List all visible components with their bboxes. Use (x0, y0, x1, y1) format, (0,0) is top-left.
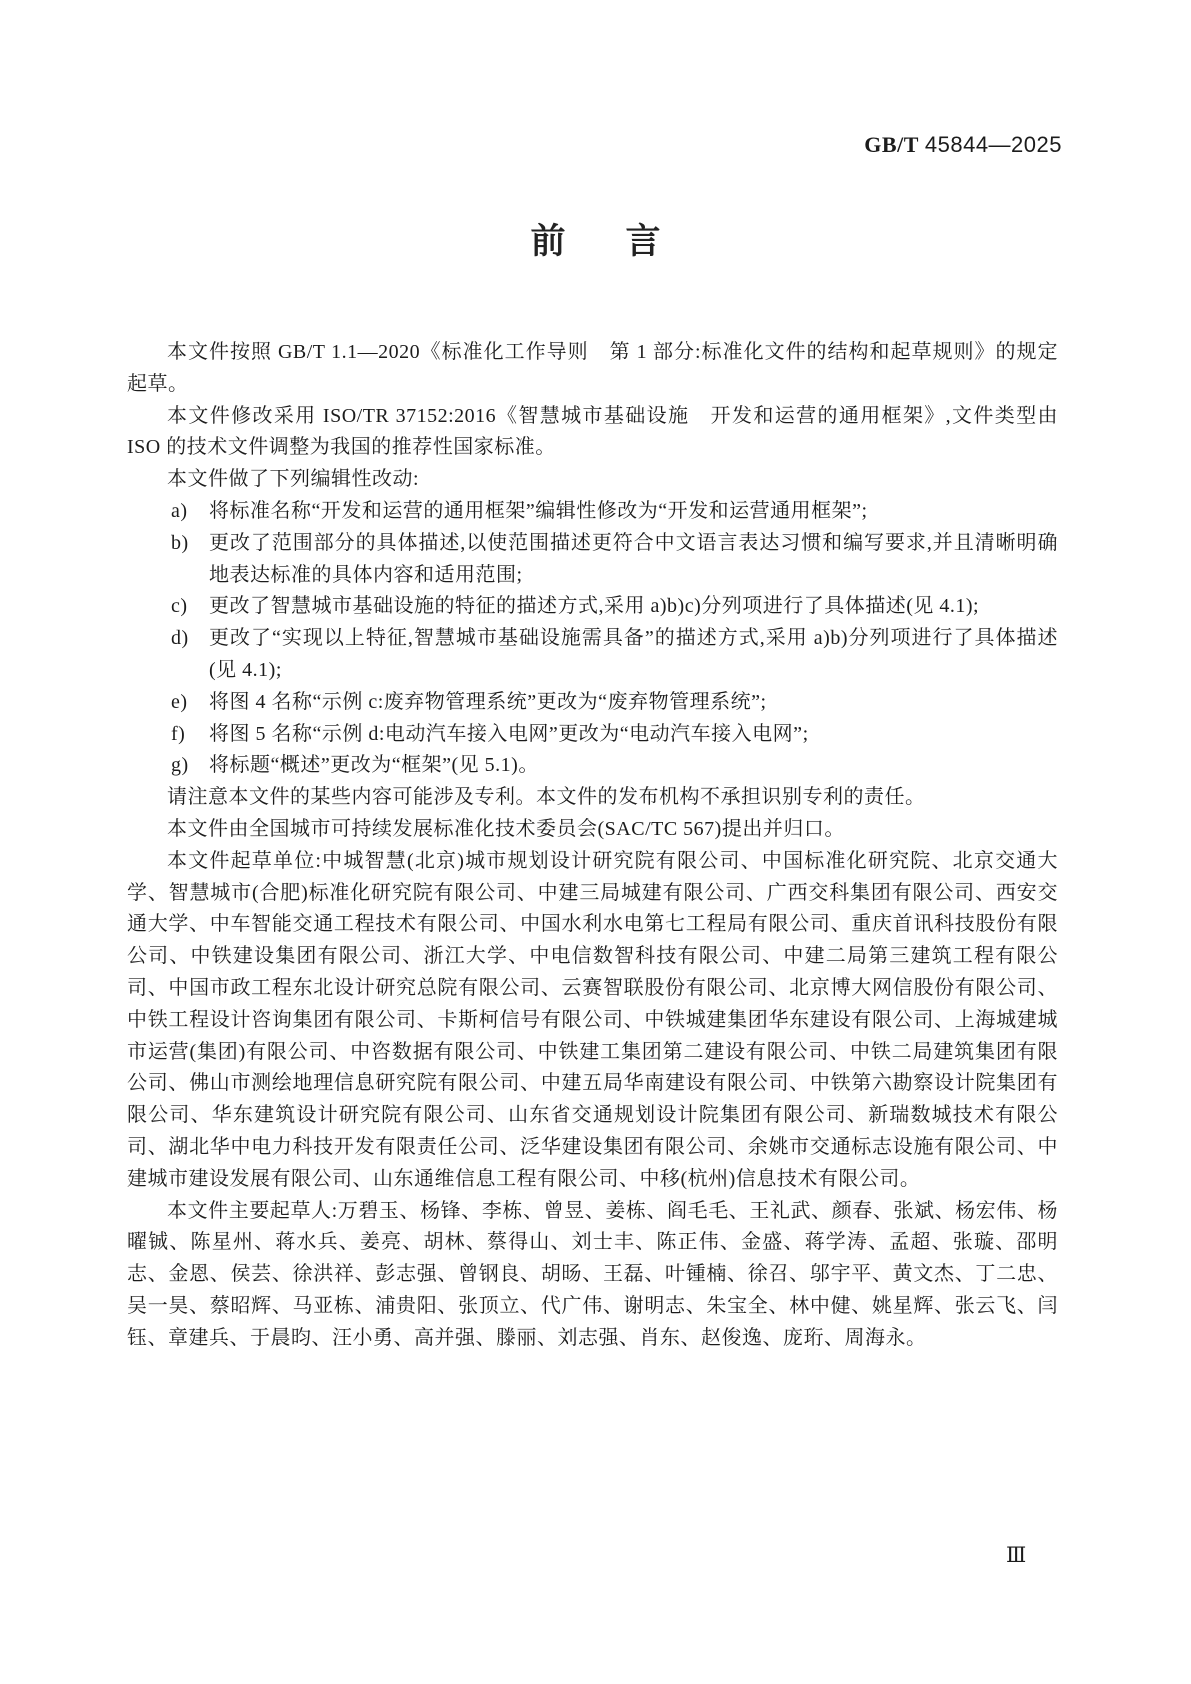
editorial-changes-list: a) 将标准名称“开发和运营的通用框架”编辑性修改为“开发和运营通用框架”; b… (127, 496, 1058, 782)
paragraph-committee: 本文件由全国城市可持续发展标准化技术委员会(SAC/TC 567)提出并归口。 (127, 814, 1058, 846)
paragraph-drafting-basis: 本文件按照 GB/T 1.1—2020《标准化工作导则 第 1 部分:标准化文件… (127, 337, 1058, 401)
list-item-text: 将图 5 名称“示例 d:电动汽车接入电网”更改为“电动汽车接入电网”; (209, 723, 809, 745)
list-item: b) 更改了范围部分的具体描述,以使范围描述更符合中文语言表达习惯和编写要求,并… (127, 528, 1058, 592)
foreword-body: 本文件按照 GB/T 1.1—2020《标准化工作导则 第 1 部分:标准化文件… (127, 337, 1058, 1355)
list-item: g) 将标题“概述”更改为“框架”(见 5.1)。 (127, 750, 1058, 782)
paragraph-patent-notice: 请注意本文件的某些内容可能涉及专利。本文件的发布机构不承担识别专利的责任。 (127, 782, 1058, 814)
list-item: a) 将标准名称“开发和运营的通用框架”编辑性修改为“开发和运营通用框架”; (127, 496, 1058, 528)
list-item-label: g) (171, 750, 189, 782)
list-item-label: b) (171, 528, 189, 560)
list-item-text: 更改了智慧城市基础设施的特征的描述方式,采用 a)b)c)分列项进行了具体描述(… (209, 595, 979, 617)
page-number: Ⅲ (1006, 1543, 1027, 1568)
list-item-text: 将标准名称“开发和运营的通用框架”编辑性修改为“开发和运营通用框架”; (209, 500, 868, 522)
document-page: GB/T 45844—2025 前 言 本文件按照 GB/T 1.1—2020《… (0, 0, 1191, 1684)
standard-doc-number: GB/T 45844—2025 (864, 132, 1062, 158)
list-item: d) 更改了“实现以上特征,智慧城市基础设施需具备”的描述方式,采用 a)b)分… (127, 623, 1058, 687)
list-item: e) 将图 4 名称“示例 c:废弃物管理系统”更改为“废弃物管理系统”; (127, 687, 1058, 719)
list-item-label: d) (171, 623, 189, 655)
title-char-left: 前 (530, 221, 565, 263)
title-char-right: 言 (626, 221, 661, 263)
list-item-label: a) (171, 496, 188, 528)
list-item-text: 更改了“实现以上特征,智慧城市基础设施需具备”的描述方式,采用 a)b)分列项进… (209, 627, 1058, 681)
list-item-text: 将图 4 名称“示例 c:废弃物管理系统”更改为“废弃物管理系统”; (209, 691, 767, 713)
list-item-label: e) (171, 687, 188, 719)
paragraph-editorial-lead-in: 本文件做了下列编辑性改动: (127, 464, 1058, 496)
standard-prefix: GB/T (864, 132, 919, 157)
paragraph-drafters: 本文件主要起草人:万碧玉、杨锋、李栋、曾昱、姜栋、阎毛毛、王礼武、颜春、张斌、杨… (127, 1196, 1058, 1355)
list-item-text: 将标题“概述”更改为“框架”(见 5.1)。 (209, 754, 539, 776)
list-item-label: c) (171, 591, 188, 623)
list-item: f) 将图 5 名称“示例 d:电动汽车接入电网”更改为“电动汽车接入电网”; (127, 719, 1058, 751)
list-item-text: 更改了范围部分的具体描述,以使范围描述更符合中文语言表达习惯和编写要求,并且清晰… (209, 532, 1058, 586)
standard-code: 45844—2025 (925, 132, 1062, 157)
page-title: 前 言 (0, 221, 1191, 263)
list-item: c) 更改了智慧城市基础设施的特征的描述方式,采用 a)b)c)分列项进行了具体… (127, 591, 1058, 623)
list-item-label: f) (171, 719, 185, 751)
paragraph-drafting-organizations: 本文件起草单位:中城智慧(北京)城市规划设计研究院有限公司、中国标准化研究院、北… (127, 846, 1058, 1196)
paragraph-adoption-source: 本文件修改采用 ISO/TR 37152:2016《智慧城市基础设施 开发和运营… (127, 401, 1058, 465)
